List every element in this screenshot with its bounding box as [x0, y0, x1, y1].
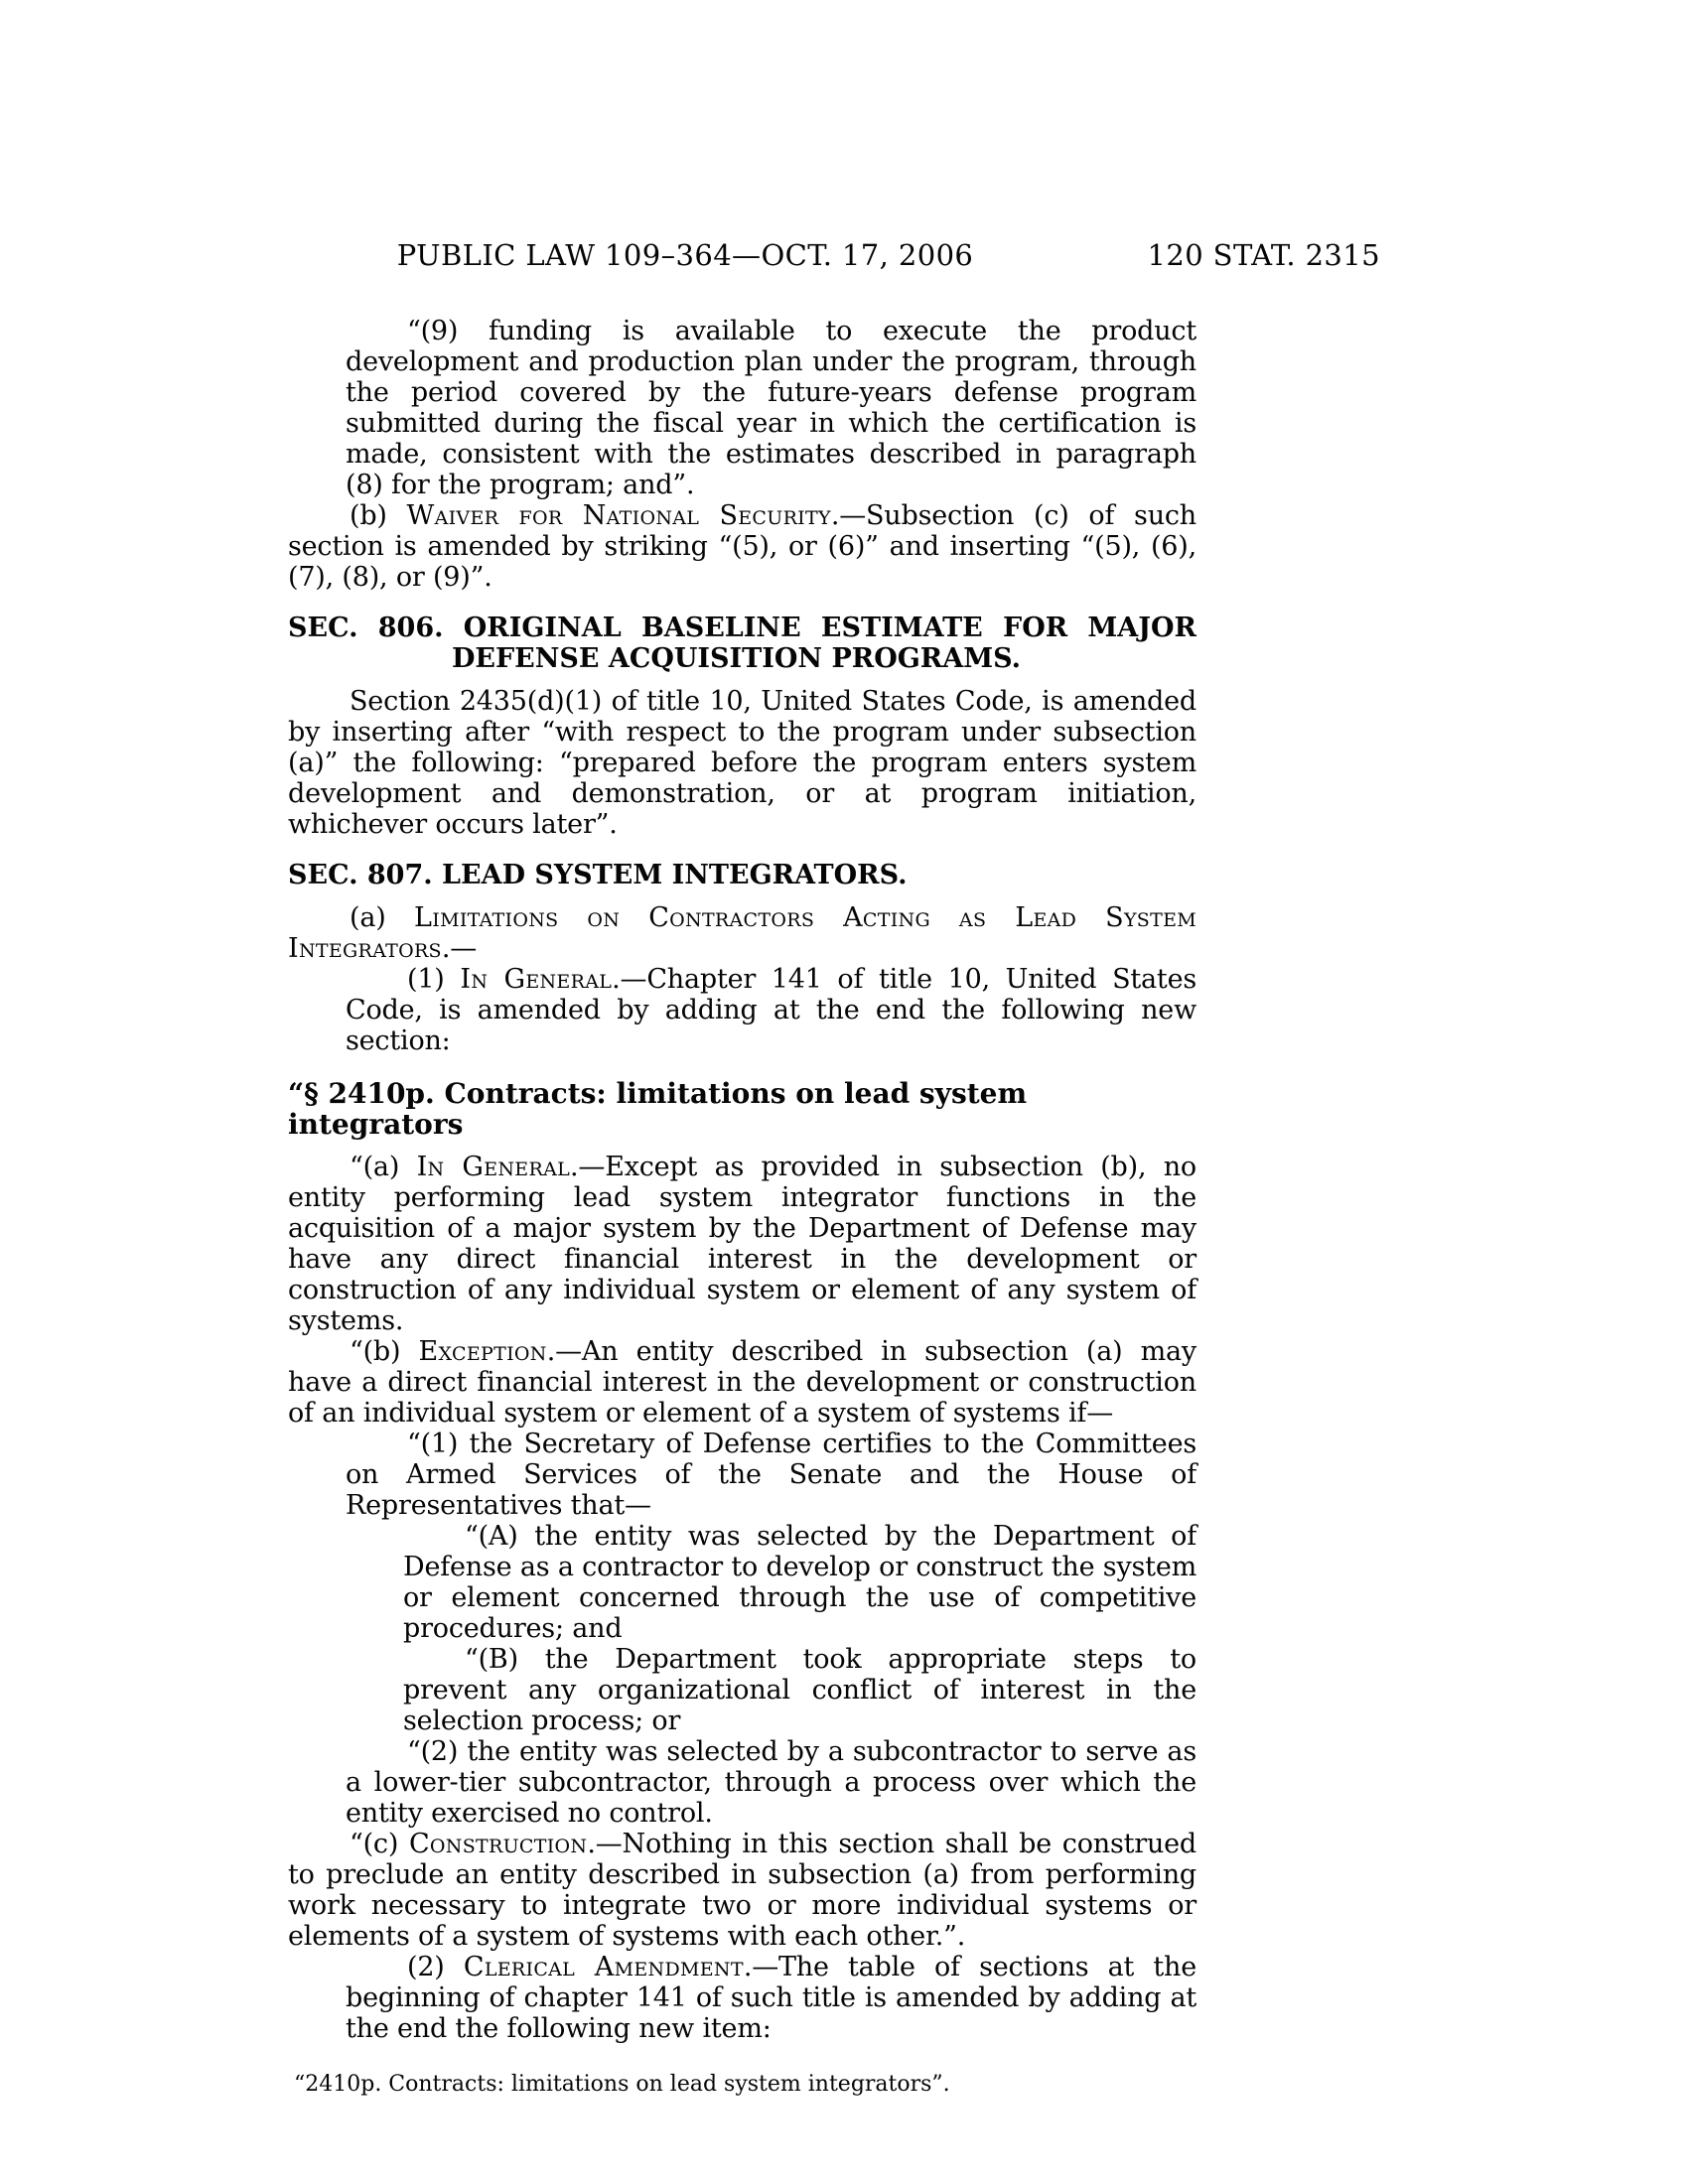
public-law-number: PUBLIC LAW 109–364—OCT. 17, 2006 [288, 238, 1082, 272]
text-segment: “(B) the Department took appropriate ste… [403, 1644, 1196, 1736]
paragraph: “(2) the entity was selected by a subcon… [346, 1736, 1196, 1829]
text-segment: “(2) the entity was selected by a subcon… [346, 1736, 1196, 1829]
paragraph: (2) Clerical Amendment.—The table of sec… [346, 1952, 1196, 2044]
text-segment: Exception [419, 1336, 547, 1367]
paragraph: (b) Waiver for National Security.—Subsec… [288, 500, 1196, 593]
stat-page-number: 120 STAT. 2315 [1148, 238, 1380, 272]
paragraph: “(b) Exception.—An entity described in s… [288, 1336, 1196, 1429]
text-segment: SEC. 807. LEAD SYSTEM INTEGRATORS. [288, 860, 908, 890]
text-segment: Section 2435(d)(1) of title 10, United S… [288, 686, 1196, 840]
text-segment: In General [417, 1152, 570, 1182]
text-segment: .— [442, 933, 477, 964]
section-heading: SEC. 806. ORIGINAL BASELINE ESTIMATE FOR… [288, 613, 1196, 674]
paragraph: “(a) In General.—Except as provided in s… [288, 1152, 1196, 1336]
text-segment: “(A) the entity was selected by the Depa… [403, 1521, 1196, 1644]
paragraph: “(1) the Secretary of Defense certifies … [346, 1429, 1196, 1521]
statute-page: PUBLIC LAW 109–364—OCT. 17, 2006 120 STA… [0, 0, 1688, 2184]
text-segment: “§ 2410p. Contracts: limitations on lead… [288, 1077, 1027, 1141]
document-body: “(9) funding is available to execute the… [288, 316, 1196, 2098]
page-header: PUBLIC LAW 109–364—OCT. 17, 2006 120 STA… [288, 238, 1380, 278]
text-segment: “(9) funding is available to execute the… [346, 316, 1196, 500]
text-segment: “(b) [350, 1336, 419, 1367]
text-segment: (a) [350, 902, 414, 933]
text-segment: (1) [407, 964, 460, 995]
text-segment: “(c) [350, 1829, 409, 1859]
text-segment: SEC. 806. ORIGINAL BASELINE ESTIMATE FOR… [288, 613, 1196, 674]
text-segment: (2) [407, 1952, 464, 1982]
text-segment: “(a) [350, 1152, 417, 1182]
statute-heading: “§ 2410p. Contracts: limitations on lead… [288, 1078, 1196, 1140]
text-segment: Limitations on Contractors Acting as Lea… [288, 902, 1196, 964]
paragraph: “(c) Construction.—Nothing in this secti… [288, 1829, 1196, 1952]
toc-entry: “2410p. Contracts: limitations on lead s… [288, 2072, 1196, 2098]
text-segment: Construction [409, 1829, 587, 1859]
text-segment: In General [460, 964, 612, 995]
text-segment: Clerical Amendment [464, 1952, 744, 1982]
paragraph: “(A) the entity was selected by the Depa… [403, 1521, 1196, 1644]
text-segment: “2410p. Contracts: limitations on lead s… [294, 2072, 950, 2097]
section-heading: SEC. 807. LEAD SYSTEM INTEGRATORS. [288, 860, 1196, 890]
paragraph: “(B) the Department took appropriate ste… [403, 1644, 1196, 1736]
paragraph: (1) In General.—Chapter 141 of title 10,… [346, 964, 1196, 1056]
text-segment: Waiver for National Security [407, 500, 831, 531]
paragraph: “(9) funding is available to execute the… [346, 316, 1196, 500]
paragraph: Section 2435(d)(1) of title 10, United S… [288, 686, 1196, 840]
text-segment: “(1) the Secretary of Defense certifies … [346, 1429, 1196, 1521]
paragraph: (a) Limitations on Contractors Acting as… [288, 902, 1196, 964]
text-segment: (b) [350, 500, 407, 531]
